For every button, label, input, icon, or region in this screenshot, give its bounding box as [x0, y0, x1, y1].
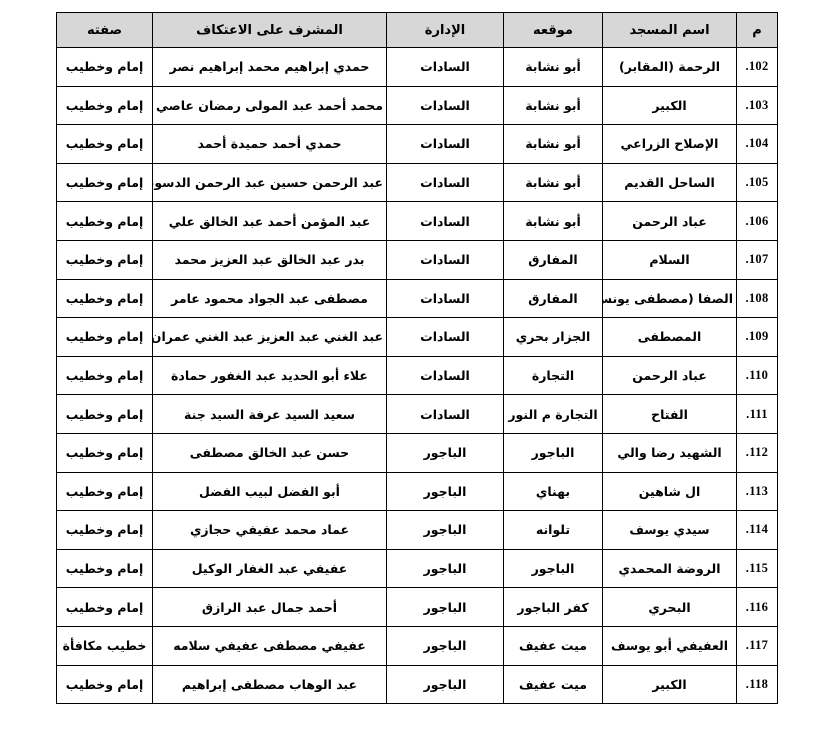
cell-supervisor: مصطفى عبد الجواد محمود عامر — [153, 279, 387, 318]
table-row: .108 الصفا (مصطفى يونس) المفارق السادات … — [57, 279, 778, 318]
cell-location: أبو نشابة — [504, 48, 603, 87]
cell-number: .110 — [737, 356, 778, 395]
cell-number: .117 — [737, 626, 778, 665]
table-row: .105 الساحل القديم أبو نشابة السادات عبد… — [57, 163, 778, 202]
cell-admin: السادات — [387, 48, 504, 87]
cell-location: بهناي — [504, 472, 603, 511]
table-row: .111 الفتاح التجارة م النور السادات سعيد… — [57, 395, 778, 434]
cell-role: إمام وخطيب — [57, 279, 153, 318]
table-row: .113 ال شاهين بهناي الباجور أبو الفضل لب… — [57, 472, 778, 511]
table-row: .114 سيدي يوسف تلوانه الباجور عماد محمد … — [57, 511, 778, 550]
cell-number: .102 — [737, 48, 778, 87]
cell-role: إمام وخطيب — [57, 356, 153, 395]
cell-mosque-name: ال شاهين — [603, 472, 737, 511]
cell-location: أبو نشابة — [504, 125, 603, 164]
cell-role: إمام وخطيب — [57, 472, 153, 511]
cell-mosque-name: الرحمة (المقابر) — [603, 48, 737, 87]
cell-number: .108 — [737, 279, 778, 318]
cell-mosque-name: العفيفي أبو يوسف — [603, 626, 737, 665]
cell-admin: السادات — [387, 279, 504, 318]
table-body: .102 الرحمة (المقابر) أبو نشابة السادات … — [57, 48, 778, 704]
cell-number: .106 — [737, 202, 778, 241]
cell-number: .113 — [737, 472, 778, 511]
cell-mosque-name: سيدي يوسف — [603, 511, 737, 550]
cell-supervisor: عبد الوهاب مصطفى إبراهيم — [153, 665, 387, 704]
cell-supervisor: علاء أبو الحديد عبد الغفور حمادة — [153, 356, 387, 395]
cell-mosque-name: الروضة المحمدي — [603, 549, 737, 588]
cell-mosque-name: المصطفى — [603, 318, 737, 357]
cell-role: إمام وخطيب — [57, 240, 153, 279]
cell-location: الباجور — [504, 549, 603, 588]
cell-mosque-name: الكبير — [603, 665, 737, 704]
cell-mosque-name: البحري — [603, 588, 737, 627]
cell-supervisor: عبد الغني عبد العزيز عبد الغني عمران — [153, 318, 387, 357]
cell-number: .114 — [737, 511, 778, 550]
table-row: .117 العفيفي أبو يوسف ميت عفيف الباجور ع… — [57, 626, 778, 665]
cell-role: إمام وخطيب — [57, 549, 153, 588]
cell-number: .111 — [737, 395, 778, 434]
cell-number: .115 — [737, 549, 778, 588]
cell-role: إمام وخطيب — [57, 511, 153, 550]
cell-mosque-name: الفتاح — [603, 395, 737, 434]
cell-role: إمام وخطيب — [57, 125, 153, 164]
cell-location: المفارق — [504, 240, 603, 279]
cell-admin: السادات — [387, 86, 504, 125]
cell-location: ميت عفيف — [504, 626, 603, 665]
cell-location: تلوانه — [504, 511, 603, 550]
header-row: م اسم المسجد موقعه الإدارة المشرف على ال… — [57, 13, 778, 48]
cell-role: إمام وخطيب — [57, 588, 153, 627]
cell-mosque-name: الإصلاح الزراعي — [603, 125, 737, 164]
cell-supervisor: عبد الرحمن حسين عبد الرحمن الدسوقي — [153, 163, 387, 202]
cell-location: ميت عفيف — [504, 665, 603, 704]
cell-mosque-name: الصفا (مصطفى يونس) — [603, 279, 737, 318]
cell-role: إمام وخطيب — [57, 318, 153, 357]
cell-location: أبو نشابة — [504, 86, 603, 125]
cell-location: التجارة — [504, 356, 603, 395]
cell-role: إمام وخطيب — [57, 86, 153, 125]
table-row: .104 الإصلاح الزراعي أبو نشابة السادات ح… — [57, 125, 778, 164]
cell-mosque-name: عباد الرحمن — [603, 356, 737, 395]
cell-supervisor: حسن عبد الخالق مصطفى — [153, 433, 387, 472]
header-supervisor: المشرف على الاعتكاف — [153, 13, 387, 48]
cell-admin: الباجور — [387, 511, 504, 550]
cell-supervisor: حمدي إبراهيم محمد إبراهيم نصر — [153, 48, 387, 87]
header-number: م — [737, 13, 778, 48]
cell-location: الباجور — [504, 433, 603, 472]
table-header: م اسم المسجد موقعه الإدارة المشرف على ال… — [57, 13, 778, 48]
cell-role: إمام وخطيب — [57, 433, 153, 472]
cell-admin: الباجور — [387, 588, 504, 627]
cell-admin: السادات — [387, 240, 504, 279]
header-location: موقعه — [504, 13, 603, 48]
cell-mosque-name: الشهيد رضا والي — [603, 433, 737, 472]
cell-location: الجزار بحري — [504, 318, 603, 357]
cell-role: خطيب مكافأة — [57, 626, 153, 665]
cell-supervisor: أحمد جمال عبد الرازق — [153, 588, 387, 627]
table-row: .103 الكبير أبو نشابة السادات محمد أحمد … — [57, 86, 778, 125]
cell-number: .104 — [737, 125, 778, 164]
cell-supervisor: أبو الفضل لبيب الفضل — [153, 472, 387, 511]
document-page: م اسم المسجد موقعه الإدارة المشرف على ال… — [0, 0, 834, 756]
cell-admin: السادات — [387, 163, 504, 202]
cell-supervisor: بدر عبد الخالق عبد العزيز محمد — [153, 240, 387, 279]
cell-admin: السادات — [387, 125, 504, 164]
cell-supervisor: سعيد السيد عرفة السيد جنة — [153, 395, 387, 434]
cell-mosque-name: السلام — [603, 240, 737, 279]
table-row: .112 الشهيد رضا والي الباجور الباجور حسن… — [57, 433, 778, 472]
cell-role: إمام وخطيب — [57, 665, 153, 704]
cell-mosque-name: الساحل القديم — [603, 163, 737, 202]
cell-admin: السادات — [387, 202, 504, 241]
mosque-table-container: م اسم المسجد موقعه الإدارة المشرف على ال… — [56, 12, 778, 704]
cell-number: .109 — [737, 318, 778, 357]
cell-location: أبو نشابة — [504, 163, 603, 202]
header-admin: الإدارة — [387, 13, 504, 48]
cell-role: إمام وخطيب — [57, 48, 153, 87]
cell-number: .112 — [737, 433, 778, 472]
table-row: .116 البحري كفر الباجور الباجور أحمد جما… — [57, 588, 778, 627]
cell-supervisor: حمدي أحمد حميدة أحمد — [153, 125, 387, 164]
cell-supervisor: عبد المؤمن أحمد عبد الخالق علي — [153, 202, 387, 241]
cell-role: إمام وخطيب — [57, 395, 153, 434]
cell-admin: السادات — [387, 318, 504, 357]
cell-supervisor: عفيفي مصطفى عفيفي سلامه — [153, 626, 387, 665]
table-row: .107 السلام المفارق السادات بدر عبد الخا… — [57, 240, 778, 279]
cell-number: .118 — [737, 665, 778, 704]
cell-admin: الباجور — [387, 433, 504, 472]
table-row: .106 عباد الرحمن أبو نشابة السادات عبد ا… — [57, 202, 778, 241]
cell-number: .103 — [737, 86, 778, 125]
cell-number: .107 — [737, 240, 778, 279]
cell-number: .116 — [737, 588, 778, 627]
cell-number: .105 — [737, 163, 778, 202]
mosque-table: م اسم المسجد موقعه الإدارة المشرف على ال… — [56, 12, 778, 704]
cell-location: المفارق — [504, 279, 603, 318]
table-row: .110 عباد الرحمن التجارة السادات علاء أب… — [57, 356, 778, 395]
cell-location: كفر الباجور — [504, 588, 603, 627]
table-row: .115 الروضة المحمدي الباجور الباجور عفيف… — [57, 549, 778, 588]
cell-location: التجارة م النور — [504, 395, 603, 434]
cell-admin: الباجور — [387, 626, 504, 665]
cell-role: إمام وخطيب — [57, 202, 153, 241]
cell-supervisor: عفيفي عبد الغفار الوكيل — [153, 549, 387, 588]
header-mosque-name: اسم المسجد — [603, 13, 737, 48]
header-role: صفته — [57, 13, 153, 48]
table-row: .102 الرحمة (المقابر) أبو نشابة السادات … — [57, 48, 778, 87]
cell-mosque-name: الكبير — [603, 86, 737, 125]
cell-location: أبو نشابة — [504, 202, 603, 241]
cell-supervisor: محمد أحمد عبد المولى رمضان عاصي — [153, 86, 387, 125]
cell-role: إمام وخطيب — [57, 163, 153, 202]
cell-admin: السادات — [387, 356, 504, 395]
table-row: .109 المصطفى الجزار بحري السادات عبد الغ… — [57, 318, 778, 357]
cell-admin: الباجور — [387, 549, 504, 588]
cell-admin: الباجور — [387, 472, 504, 511]
cell-mosque-name: عباد الرحمن — [603, 202, 737, 241]
table-row: .118 الكبير ميت عفيف الباجور عبد الوهاب … — [57, 665, 778, 704]
cell-supervisor: عماد محمد عفيفي حجازي — [153, 511, 387, 550]
cell-admin: السادات — [387, 395, 504, 434]
cell-admin: الباجور — [387, 665, 504, 704]
